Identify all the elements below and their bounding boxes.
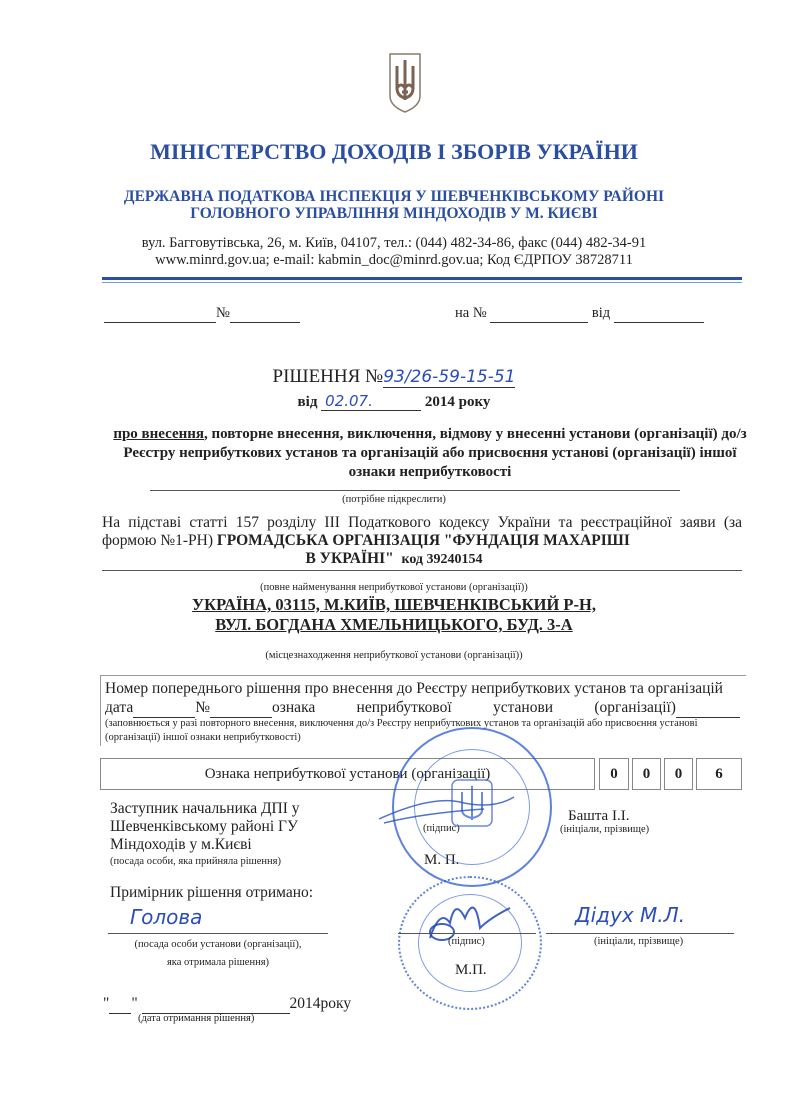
receipt-position-handwritten: Голова: [130, 905, 202, 929]
prev-no-blank: [210, 699, 272, 718]
sign-code-digit: 0: [632, 758, 661, 790]
receipt-name-line: [546, 933, 734, 934]
decision-title: РІШЕННЯ №93/26-59-15-51: [0, 366, 788, 388]
previous-decision-line2: дата № ознака неприбуткової установи (ор…: [105, 699, 740, 718]
outgoing-no-label: №: [216, 305, 230, 321]
prev-date-blank: [133, 699, 195, 718]
subject-divider: [150, 490, 680, 491]
decision-date-value: 02.07.: [321, 392, 421, 411]
receipt-position-note: (посада особи установи (організації), як…: [108, 936, 328, 972]
official-position-line2: Шевченківському районі ГУ: [110, 818, 300, 836]
official-name-note: (ініціали, прізвище): [560, 824, 649, 835]
official-name: Башта І.І.: [568, 808, 629, 825]
location-line1: УКРАЇНА, 03115, М.КИЇВ, ШЕВЧЕНКІВСЬКИЙ Р…: [0, 595, 788, 615]
subject-underlined: про внесення: [113, 426, 204, 442]
receipt-date: " " 2014року: [103, 995, 351, 1014]
incoming-date-blank: [614, 305, 704, 323]
outgoing-reference: №: [104, 305, 300, 323]
basis-paragraph: На підставі статті 157 розділу ІІІ Подат…: [102, 514, 742, 550]
quote-close: ": [131, 995, 137, 1012]
official-position-line1: Заступник начальника ДПІ у: [110, 800, 300, 818]
ministry-title: МІНІСТЕРСТВО ДОХОДІВ І ЗБОРІВ УКРАЇНИ: [0, 139, 788, 165]
org-name-line2: В УКРАЇНІ" код 39240154: [0, 550, 788, 568]
receipt-year: 2014року: [290, 995, 352, 1012]
org-name-part1: ГРОМАДСЬКА ОРГАНІЗАЦІЯ "ФУНДАЦІЯ МАХАРІШ…: [217, 532, 630, 549]
inspection-title-line1: ДЕРЖАВНА ПОДАТКОВА ІНСПЕКЦІЯ У ШЕВЧЕНКІВ…: [0, 188, 788, 206]
decision-number: 93/26-59-15-51: [383, 367, 515, 388]
decision-title-label: РІШЕННЯ №: [273, 366, 384, 387]
prev-sign-word-1: неприбуткової: [357, 699, 452, 718]
receipt-position-line: [108, 933, 328, 934]
org-name-part2: В УКРАЇНІ": [305, 550, 393, 567]
receipt-title: Примірник рішення отримано:: [110, 884, 313, 902]
receipt-signature-label: (підпис): [448, 936, 485, 947]
official-position: Заступник начальника ДПІ у Шевченківсько…: [110, 800, 300, 854]
official-position-note: (посада особи, яка прийняла рішення): [110, 856, 281, 867]
subject-rest: , повторне внесення, виключення, відмову…: [123, 426, 746, 480]
receipt-position-note-line1: (посада особи установи (організації),: [108, 936, 328, 954]
receipt-date-note: (дата отримання рішення): [138, 1013, 254, 1024]
tax-office-stamp-icon: [392, 727, 552, 887]
header-divider: [102, 277, 742, 280]
org-name-divider: [102, 570, 742, 571]
prev-no-label: №: [195, 699, 210, 716]
location-note: (місцезнаходження неприбуткової установи…: [0, 650, 788, 661]
previous-decision-line1: Номер попереднього рішення про внесення …: [105, 680, 740, 698]
address-line2: www.minrd.gov.ua; e-mail: kabmin_doc@min…: [0, 252, 788, 269]
incoming-from-label: від: [592, 305, 610, 321]
location-line2: ВУЛ. БОГДАНА ХМЕЛЬНИЦЬКОГО, БУД. 3-А: [0, 615, 788, 635]
decision-date-prefix: від: [298, 394, 318, 410]
org-name-note: (повне найменування неприбуткової устано…: [0, 582, 788, 593]
trident-coat-of-arms-icon: [388, 52, 422, 114]
receipt-name-handwritten: Дідух М.Л.: [575, 903, 685, 927]
address-line1: вул. Багговутівська, 26, м. Київ, 04107,…: [0, 235, 788, 252]
decision-year: 2014 року: [425, 394, 491, 410]
sign-code-digit: 0: [599, 758, 629, 790]
decision-date: від 02.07. 2014 року: [0, 392, 788, 411]
header-divider-thin: [102, 282, 742, 283]
incoming-label: на №: [455, 305, 487, 321]
org-code: код 39240154: [401, 552, 482, 567]
sign-code-digit: 0: [664, 758, 693, 790]
incoming-reference: на № від: [455, 305, 704, 323]
incoming-no-blank: [490, 305, 588, 323]
inspection-title-line2: ГОЛОВНОГО УПРАВЛІННЯ МІНДОХОДІВ У М. КИЄ…: [0, 205, 788, 223]
official-position-line3: Міндоходів у м.Києві: [110, 836, 300, 854]
prev-sign-word-3: (організації): [594, 699, 676, 716]
receipt-day-blank: [109, 995, 131, 1014]
outgoing-no-blank: [230, 305, 300, 323]
prev-sign-word-0: ознака: [272, 699, 315, 716]
receipt-seal-label: М.П.: [455, 962, 487, 979]
prev-sign-word-2: установи: [493, 699, 553, 718]
receipt-month-blank: [142, 995, 290, 1014]
decision-subject: про внесення, повторне внесення, виключе…: [110, 425, 750, 482]
receipt-signature-line: [398, 933, 536, 934]
prev-sign-blank: [676, 699, 740, 718]
outgoing-date-blank: [104, 305, 216, 323]
receipt-name-note: (ініціали, прізвище): [594, 936, 683, 947]
receipt-position-note-line2: яка отримала рішення): [108, 954, 328, 972]
prev-date-label: дата: [105, 699, 133, 716]
subject-note: (потрібне підкреслити): [0, 494, 788, 505]
sign-code-digit: 6: [696, 758, 742, 790]
